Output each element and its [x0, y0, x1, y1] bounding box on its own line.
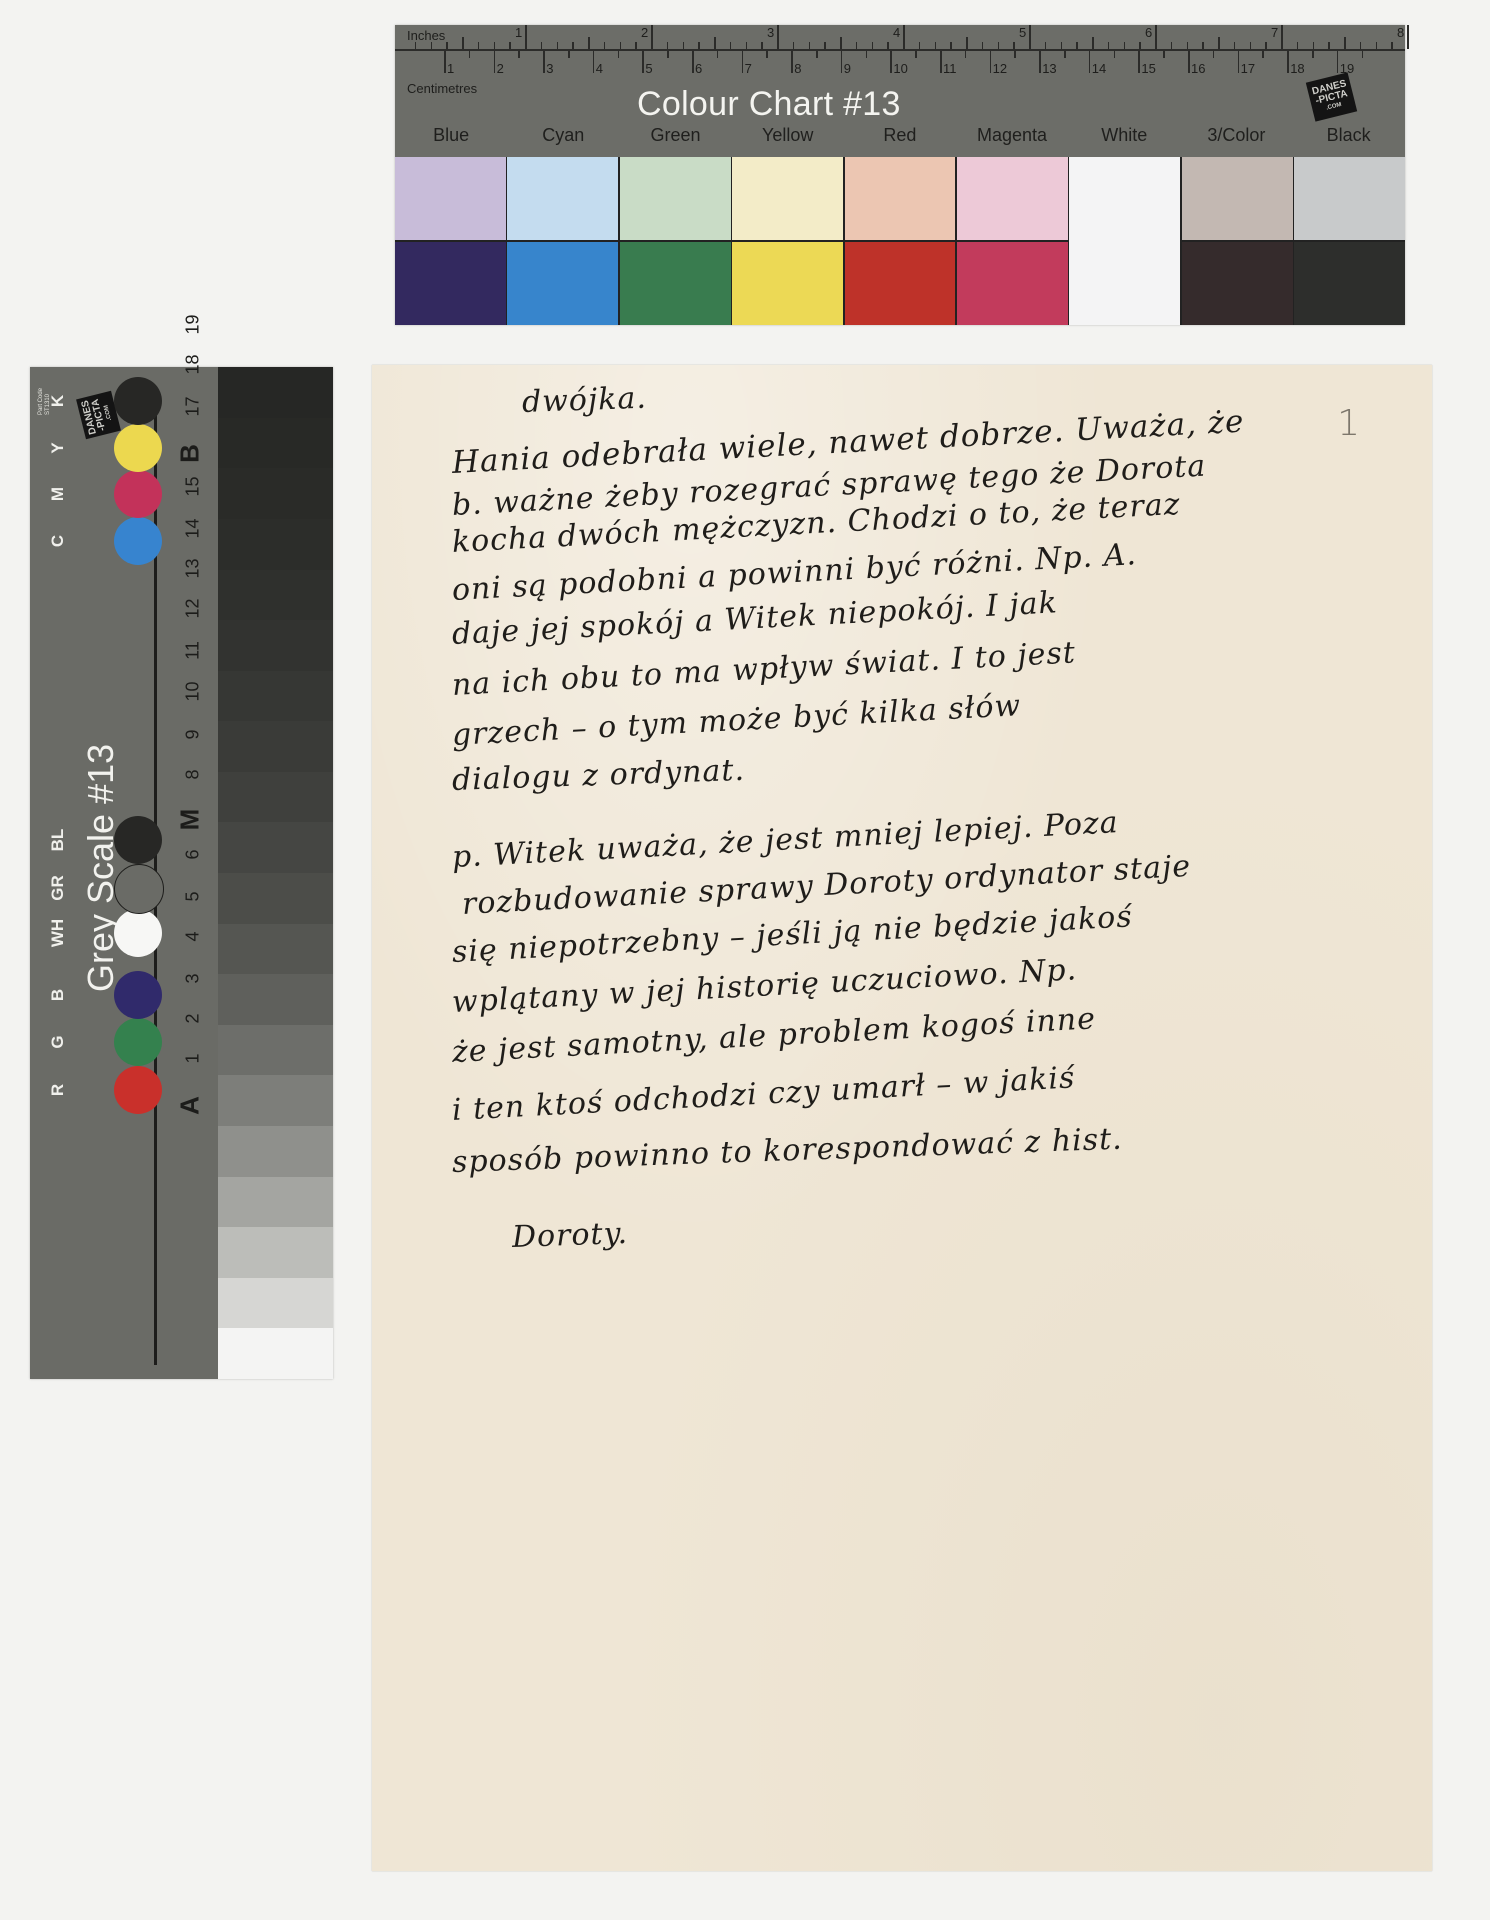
dot-label: WH: [48, 913, 68, 953]
ruler-tick: [692, 51, 694, 73]
swatch-light-cyan: [507, 157, 618, 240]
ruler-tick: [431, 42, 433, 49]
colour-label: 3/Color: [1180, 125, 1292, 146]
ruler-tick: [1344, 37, 1346, 49]
ruler-tick: [1061, 42, 1063, 49]
ruler-tick: [1250, 42, 1252, 49]
grey-step-8: [218, 924, 333, 975]
ruler-tick: [793, 42, 795, 49]
ruler-tick: [1089, 51, 1091, 73]
scale-label: 3: [183, 959, 204, 999]
swatch-dark-magenta: [957, 242, 1068, 325]
ruler-tick: [872, 42, 874, 49]
colour-label: Magenta: [956, 125, 1068, 146]
ruler-tick: [935, 42, 937, 49]
handwritten-line: dwójka.: [521, 381, 647, 420]
danes-picta-logo: DANES -PICTA .COM: [1306, 72, 1357, 121]
colour-chart-card: Inches 12345678 123456789101112131415161…: [395, 25, 1405, 325]
ruler-tick: [903, 25, 905, 49]
swatch-dark-black: [1294, 242, 1405, 325]
dot-label: M: [48, 474, 68, 514]
scale-label: 6: [183, 835, 204, 875]
dot-label: GR: [48, 868, 68, 908]
grey-step-4: [218, 1126, 333, 1177]
ruler-tick: [1297, 42, 1299, 49]
colour-dot-c: [114, 517, 162, 565]
scale-label: M: [175, 800, 206, 840]
ruler-tick: [1124, 42, 1126, 49]
ruler-tick: [965, 51, 967, 58]
cm-tick-label: 17: [1241, 61, 1255, 76]
ruler-tick: [1213, 51, 1215, 58]
grey-step-19: [218, 367, 333, 418]
ruler-tick: [717, 51, 719, 58]
dot-label: K: [48, 381, 68, 421]
ruler-tick: [816, 51, 818, 58]
colour-label: White: [1068, 125, 1180, 146]
ruler-tick: [1013, 42, 1015, 49]
ruler-tick: [840, 37, 842, 49]
ruler-tick: [1312, 51, 1314, 58]
inch-tick-label: 1: [515, 25, 522, 40]
cm-tick-label: 5: [645, 61, 652, 76]
ruler-tick: [568, 51, 570, 58]
scale-label: 19: [183, 305, 204, 345]
swatch-light-magenta: [957, 157, 1068, 240]
ruler-tick: [1287, 51, 1289, 73]
ruler-tick: [887, 42, 889, 49]
ruler-tick: [667, 51, 669, 58]
grey-scale-title: Grey Scale #13: [80, 744, 122, 992]
grey-step-12: [218, 721, 333, 772]
inches-label: Inches: [407, 28, 445, 43]
colour-chart-title: Colour Chart #13: [637, 85, 901, 124]
ruler-tick: [683, 42, 685, 49]
grey-step-A: [218, 1328, 333, 1379]
grey-step-2: [218, 1227, 333, 1278]
grey-step-10: [218, 822, 333, 873]
ruler-tick: [761, 42, 763, 49]
swatch-dark-3-color: [1182, 242, 1293, 325]
ruler-tick: [618, 51, 620, 58]
ruler-tick: [998, 42, 1000, 49]
cm-tick-label: 7: [745, 61, 752, 76]
ruler-tick: [444, 51, 446, 73]
inch-tick-label: 7: [1271, 25, 1278, 40]
ruler-tick: [1262, 51, 1264, 58]
ruler-tick: [1407, 25, 1409, 49]
scale-label: 1: [183, 1039, 204, 1079]
cm-tick-label: 4: [596, 61, 603, 76]
colour-dot-k: [114, 377, 162, 425]
centimetres-label: Centimetres: [407, 81, 477, 96]
ruler-tick: [1076, 42, 1078, 49]
dot-label: G: [48, 1022, 68, 1062]
ruler-tick: [1045, 42, 1047, 49]
swatch-light-yellow: [732, 157, 843, 240]
part-code-label: Part Code: [38, 388, 45, 415]
ruler-tick: [620, 42, 622, 49]
scale-label: 8: [183, 755, 204, 795]
ruler-tick: [866, 51, 868, 58]
ruler-tick: [525, 25, 527, 49]
ruler-tick: [1155, 25, 1157, 49]
cm-tick-label: 10: [893, 61, 907, 76]
swatch-light-white: [1069, 157, 1180, 325]
scale-label: 12: [183, 589, 204, 629]
ruler-tick: [746, 42, 748, 49]
colour-dot-m: [114, 470, 162, 518]
dot-label: BL: [48, 820, 68, 860]
dot-label: R: [48, 1070, 68, 1110]
grey-scale-panel: Part Code ST1310 DANES -PICTA .COM Grey …: [30, 367, 218, 1379]
scale-label: 4: [183, 917, 204, 957]
ruler-tick: [714, 37, 716, 49]
ruler-tick: [890, 51, 892, 73]
ruler-tick: [415, 42, 417, 49]
ruler-tick: [915, 51, 917, 58]
colour-label: Red: [844, 125, 956, 146]
grey-step-B: [218, 519, 333, 570]
inch-tick-label: 8: [1397, 25, 1404, 40]
inch-tick-label: 4: [893, 25, 900, 40]
ruler-tick: [940, 51, 942, 73]
scale-label: 9: [183, 715, 204, 755]
ruler-tick: [1114, 51, 1116, 58]
swatch-dark-yellow: [732, 242, 843, 325]
ruler-tick: [1391, 42, 1393, 49]
inch-ruler: Inches 12345678: [395, 25, 1405, 51]
ruler-tick: [1039, 51, 1041, 73]
ruler-tick: [494, 42, 496, 49]
swatch-light-red: [845, 157, 956, 240]
grey-step-1: [218, 1278, 333, 1329]
colour-label: Green: [619, 125, 731, 146]
colour-dot-r: [114, 1066, 162, 1114]
dot-label: Y: [48, 428, 68, 468]
scale-label: B: [175, 434, 206, 474]
ruler-tick: [543, 51, 545, 73]
dot-label: B: [48, 975, 68, 1015]
swatch-light-green: [620, 157, 731, 240]
ruler-tick: [1188, 51, 1190, 73]
ruler-tick: [777, 25, 779, 49]
colour-label: Blue: [395, 125, 507, 146]
cm-tick-label: 3: [546, 61, 553, 76]
ruler-tick: [990, 51, 992, 73]
ruler-tick: [766, 51, 768, 58]
scale-label: 10: [183, 672, 204, 712]
grey-step-9: [218, 873, 333, 924]
swatch-light-black: [1294, 157, 1405, 240]
scale-label: 2: [183, 999, 204, 1039]
grey-step-11: [218, 772, 333, 823]
ruler-tick: [446, 42, 448, 49]
ruler-tick: [494, 51, 496, 73]
colour-dot-gr: [114, 864, 164, 914]
scale-label: 11: [183, 631, 204, 671]
ruler-tick: [856, 42, 858, 49]
handwritten-line: i ten ktoś odchodzi czy umarł – w jakiś: [451, 1060, 1076, 1128]
ruler-tick: [1139, 42, 1141, 49]
scale-label: 13: [183, 549, 204, 589]
colour-dot-bl: [114, 816, 162, 864]
page-number: 1: [1337, 403, 1360, 444]
grey-step-14: [218, 620, 333, 671]
ruler-tick: [1376, 42, 1378, 49]
scale-label: 14: [183, 509, 204, 549]
grey-step-M: [218, 974, 333, 1025]
swatch-light-3-color: [1182, 157, 1293, 240]
cm-tick-label: 14: [1092, 61, 1106, 76]
colour-dot-y: [114, 424, 162, 472]
ruler-tick: [1029, 25, 1031, 49]
centimetre-ruler: 12345678910111213141516171819: [395, 51, 1405, 81]
colour-dot-b: [114, 971, 162, 1019]
ruler-tick: [1187, 42, 1189, 49]
inch-tick-label: 6: [1145, 25, 1152, 40]
handwritten-letter: 1 dwójka.Hania odebrała wiele, nawet dob…: [372, 365, 1432, 1871]
ruler-tick: [642, 51, 644, 73]
ruler-tick: [667, 42, 669, 49]
grey-step-13: [218, 671, 333, 722]
ruler-tick: [635, 42, 637, 49]
scale-label: A: [175, 1086, 206, 1126]
handwritten-line: dialogu z ordynat.: [451, 753, 745, 798]
inch-tick-label: 5: [1019, 25, 1026, 40]
ruler-tick: [1138, 51, 1140, 73]
cm-tick-label: 13: [1042, 61, 1056, 76]
grey-step-3: [218, 1177, 333, 1228]
dot-label: C: [48, 521, 68, 561]
ruler-tick: [469, 51, 471, 58]
cm-tick-label: 12: [993, 61, 1007, 76]
ruler-tick: [509, 42, 511, 49]
inch-tick-label: 2: [641, 25, 648, 40]
colour-label: Cyan: [507, 125, 619, 146]
ruler-tick: [1360, 42, 1362, 49]
cm-tick-label: 6: [695, 61, 702, 76]
ruler-tick: [824, 42, 826, 49]
ruler-tick: [541, 42, 543, 49]
scale-label: 5: [183, 877, 204, 917]
ruler-tick: [1171, 42, 1173, 49]
grey-step-15: [218, 570, 333, 621]
colour-swatches: [395, 157, 1405, 325]
ruler-tick: [982, 42, 984, 49]
ruler-tick: [1202, 42, 1204, 49]
ruler-tick: [604, 42, 606, 49]
cm-tick-label: 9: [844, 61, 851, 76]
cm-tick-label: 16: [1191, 61, 1205, 76]
ruler-tick: [950, 42, 952, 49]
ruler-tick: [588, 37, 590, 49]
ruler-tick: [1238, 51, 1240, 73]
ruler-tick: [1108, 42, 1110, 49]
ruler-tick: [651, 25, 653, 49]
ruler-tick: [1265, 42, 1267, 49]
ruler-tick: [809, 42, 811, 49]
handwritten-line: Doroty.: [511, 1216, 628, 1255]
ruler-tick: [572, 42, 574, 49]
cm-tick-label: 8: [794, 61, 801, 76]
ruler-tick: [1234, 42, 1236, 49]
swatch-dark-red: [845, 242, 956, 325]
grey-scale-card: Part Code ST1310 DANES -PICTA .COM Grey …: [30, 367, 333, 1379]
scale-label: 18: [183, 345, 204, 385]
grey-scale-stripes: [218, 367, 333, 1379]
colour-label: Black: [1293, 125, 1405, 146]
ruler-tick: [730, 42, 732, 49]
ruler-tick: [698, 42, 700, 49]
ruler-tick: [518, 51, 520, 58]
ruler-tick: [841, 51, 843, 73]
ruler-tick: [791, 51, 793, 73]
ruler-tick: [593, 51, 595, 73]
cm-tick-label: 11: [943, 61, 957, 76]
swatch-dark-green: [620, 242, 731, 325]
ruler-tick: [919, 42, 921, 49]
ruler-tick: [1337, 51, 1339, 73]
ruler-tick: [1163, 51, 1165, 58]
ruler-tick: [1218, 37, 1220, 49]
grey-step-17: [218, 468, 333, 519]
grey-step-6: [218, 1025, 333, 1076]
ruler-tick: [1092, 37, 1094, 49]
inch-tick-label: 3: [767, 25, 774, 40]
grey-step-18: [218, 418, 333, 469]
colour-labels: BlueCyanGreenYellowRedMagentaWhite3/Colo…: [395, 125, 1405, 146]
swatch-dark-cyan: [507, 242, 618, 325]
swatch-light-blue: [395, 157, 506, 240]
ruler-tick: [1328, 42, 1330, 49]
handwritten-line: sposób powinno to korespondować z hist.: [451, 1122, 1123, 1180]
colour-label: Yellow: [732, 125, 844, 146]
ruler-tick: [1281, 25, 1283, 49]
ruler-tick: [966, 37, 968, 49]
scale-label: 17: [183, 387, 204, 427]
ruler-tick: [1362, 51, 1364, 58]
colour-dot-g: [114, 1018, 162, 1066]
cm-tick-label: 18: [1290, 61, 1304, 76]
cm-tick-label: 2: [497, 61, 504, 76]
cm-tick-label: 15: [1141, 61, 1155, 76]
cm-tick-label: 1: [447, 61, 454, 76]
ruler-tick: [1313, 42, 1315, 49]
colour-dot-wh: [114, 909, 162, 957]
ruler-tick: [557, 42, 559, 49]
ruler-tick: [478, 42, 480, 49]
swatch-dark-blue: [395, 242, 506, 325]
ruler-tick: [1064, 51, 1066, 58]
ruler-tick: [462, 37, 464, 49]
ruler-tick: [1014, 51, 1016, 58]
ruler-tick: [742, 51, 744, 73]
grey-step-5: [218, 1075, 333, 1126]
